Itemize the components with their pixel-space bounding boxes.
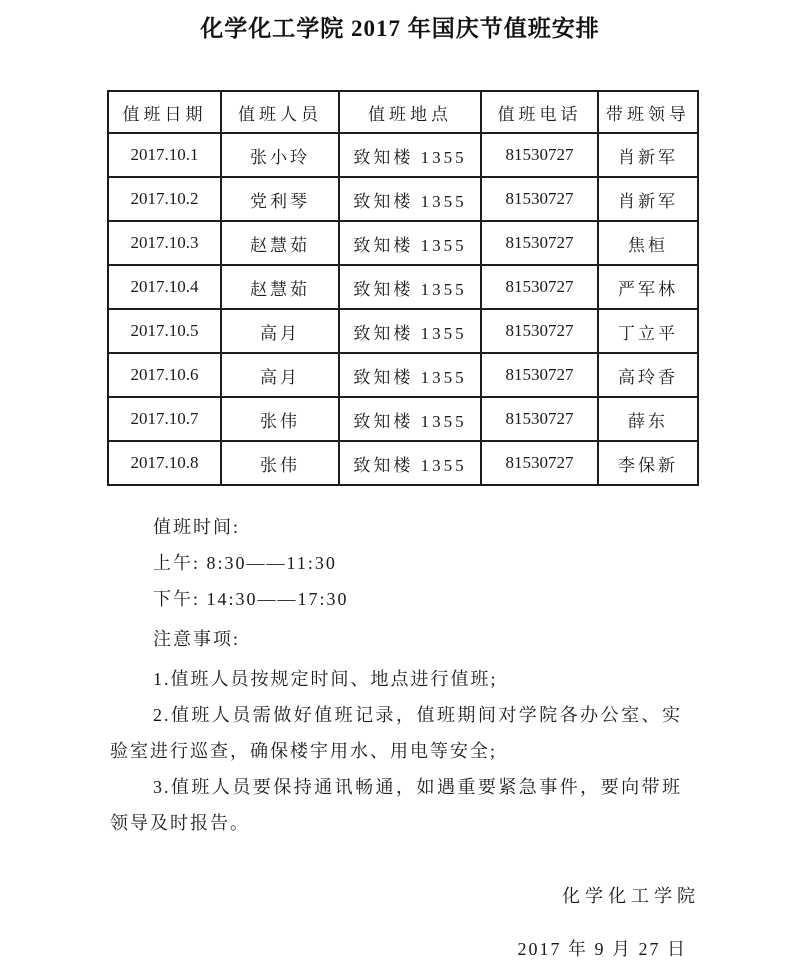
- table-cell: 党利琴: [221, 177, 339, 221]
- notes-heading: 注意事项:: [110, 621, 682, 657]
- table-cell: 81530727: [481, 133, 598, 177]
- note-item-1: 1.值班人员按规定时间、地点进行值班;: [110, 661, 682, 697]
- page-title: 化学化工学院 2017 年国庆节值班安排: [0, 10, 800, 43]
- table-cell: 致知楼 1355: [339, 309, 481, 353]
- table-row: 2017.10.7张伟致知楼 135581530727薛东: [108, 397, 698, 441]
- table-cell: 焦桓: [598, 221, 698, 265]
- note-item-3: 3.值班人员要保持通讯畅通，如遇重要紧急事件，要向带班领导及时报告。: [110, 769, 682, 841]
- table-cell: 2017.10.8: [108, 441, 221, 485]
- table-cell: 2017.10.6: [108, 353, 221, 397]
- duty-time-afternoon: 下午: 14:30——17:30: [110, 581, 682, 617]
- table-cell: 严军林: [598, 265, 698, 309]
- table-cell: 致知楼 1355: [339, 441, 481, 485]
- notes-section: 值班时间: 上午: 8:30——11:30 下午: 14:30——17:30 注…: [110, 509, 682, 841]
- table-cell: 丁立平: [598, 309, 698, 353]
- column-header: 值班地点: [339, 91, 481, 133]
- note-item-2: 2.值班人员需做好值班记录，值班期间对学院各办公室、实验室进行巡查，确保楼宇用水…: [110, 697, 682, 769]
- column-header: 值班日期: [108, 91, 221, 133]
- table-cell: 81530727: [481, 309, 598, 353]
- document-page: 化学化工学院 2017 年国庆节值班安排 值班日期值班人员值班地点值班电话带班领…: [0, 0, 800, 962]
- table-row: 2017.10.8张伟致知楼 135581530727李保新: [108, 441, 698, 485]
- table-cell: 致知楼 1355: [339, 397, 481, 441]
- table-cell: 2017.10.3: [108, 221, 221, 265]
- table-row: 2017.10.5高月致知楼 135581530727丁立平: [108, 309, 698, 353]
- table-cell: 张小玲: [221, 133, 339, 177]
- signature-block: 化学化工学院 2017 年 9 月 27 日: [518, 882, 701, 961]
- column-header: 带班领导: [598, 91, 698, 133]
- table-row: 2017.10.6高月致知楼 135581530727高玲香: [108, 353, 698, 397]
- duty-table-head: 值班日期值班人员值班地点值班电话带班领导: [108, 91, 698, 133]
- table-row: 2017.10.2党利琴致知楼 135581530727肖新军: [108, 177, 698, 221]
- table-header-row: 值班日期值班人员值班地点值班电话带班领导: [108, 91, 698, 133]
- table-cell: 2017.10.7: [108, 397, 221, 441]
- column-header: 值班人员: [221, 91, 339, 133]
- table-cell: 致知楼 1355: [339, 133, 481, 177]
- table-cell: 2017.10.4: [108, 265, 221, 309]
- table-cell: 张伟: [221, 441, 339, 485]
- table-cell: 致知楼 1355: [339, 177, 481, 221]
- signature-org: 化学化工学院: [518, 882, 701, 908]
- table-cell: 赵慧茹: [221, 221, 339, 265]
- column-header: 值班电话: [481, 91, 598, 133]
- table-cell: 高玲香: [598, 353, 698, 397]
- table-cell: 高月: [221, 353, 339, 397]
- duty-table: 值班日期值班人员值班地点值班电话带班领导 2017.10.1张小玲致知楼 135…: [107, 90, 699, 486]
- table-cell: 张伟: [221, 397, 339, 441]
- table-cell: 81530727: [481, 177, 598, 221]
- table-cell: 赵慧茹: [221, 265, 339, 309]
- table-cell: 肖新军: [598, 177, 698, 221]
- duty-time-morning: 上午: 8:30——11:30: [110, 545, 682, 581]
- table-cell: 81530727: [481, 397, 598, 441]
- table-cell: 致知楼 1355: [339, 221, 481, 265]
- table-cell: 高月: [221, 309, 339, 353]
- table-cell: 81530727: [481, 353, 598, 397]
- duty-table-body: 2017.10.1张小玲致知楼 135581530727肖新军2017.10.2…: [108, 133, 698, 485]
- table-cell: 81530727: [481, 221, 598, 265]
- table-row: 2017.10.1张小玲致知楼 135581530727肖新军: [108, 133, 698, 177]
- table-cell: 2017.10.5: [108, 309, 221, 353]
- table-cell: 81530727: [481, 265, 598, 309]
- table-cell: 薛东: [598, 397, 698, 441]
- table-cell: 李保新: [598, 441, 698, 485]
- duty-time-heading: 值班时间:: [110, 509, 682, 545]
- table-cell: 81530727: [481, 441, 598, 485]
- table-cell: 肖新军: [598, 133, 698, 177]
- signature-date: 2017 年 9 月 27 日: [518, 935, 701, 961]
- table-row: 2017.10.4赵慧茹致知楼 135581530727严军林: [108, 265, 698, 309]
- table-cell: 致知楼 1355: [339, 265, 481, 309]
- table-row: 2017.10.3赵慧茹致知楼 135581530727焦桓: [108, 221, 698, 265]
- table-cell: 2017.10.2: [108, 177, 221, 221]
- table-cell: 2017.10.1: [108, 133, 221, 177]
- table-cell: 致知楼 1355: [339, 353, 481, 397]
